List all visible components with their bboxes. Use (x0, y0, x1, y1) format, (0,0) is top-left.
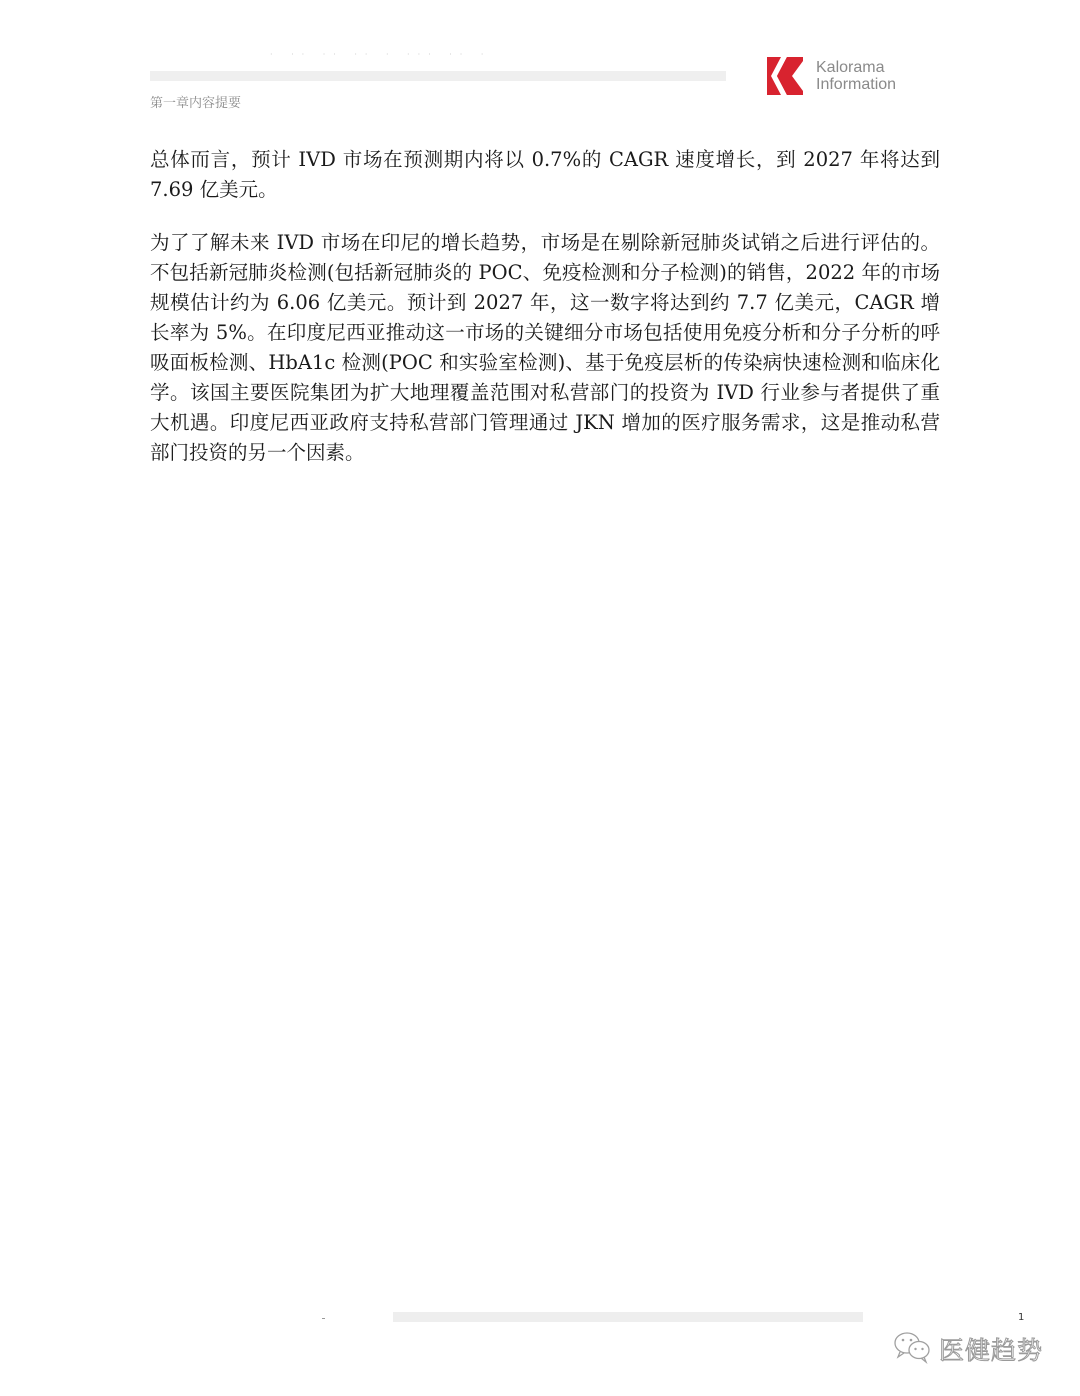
watermark-text: 医健趋势 (939, 1331, 1043, 1367)
footer-divider-bar (393, 1312, 863, 1322)
wechat-icon (893, 1330, 933, 1368)
logo-wordmark: Kalorama Information (816, 59, 896, 93)
kalorama-logo: Kalorama Information (767, 57, 896, 95)
document-body: 总体而言，预计 IVD 市场在预测期内将以 0.7%的 CAGR 速度增长，到 … (150, 145, 940, 491)
chapter-title: 第一章内容提要 (150, 92, 241, 111)
logo-line-2: Information (816, 76, 896, 93)
paragraph-summary: 总体而言，预计 IVD 市场在预测期内将以 0.7%的 CAGR 速度增长，到 … (150, 145, 940, 205)
logo-line-1: Kalorama (816, 59, 896, 76)
faint-running-header: · ·· ·· ·· · ··· ·· · (270, 50, 570, 60)
wechat-watermark: 医健趋势 (893, 1330, 1043, 1368)
page-number: 1 (1018, 1312, 1024, 1323)
footer-mark (322, 1318, 325, 1319)
paragraph-market-analysis: 为了了解未来 IVD 市场在印尼的增长趋势，市场是在剔除新冠肺炎试销之后进行评估… (150, 228, 940, 468)
kalorama-k-logo-icon (767, 57, 803, 95)
header-divider-bar (150, 71, 726, 81)
